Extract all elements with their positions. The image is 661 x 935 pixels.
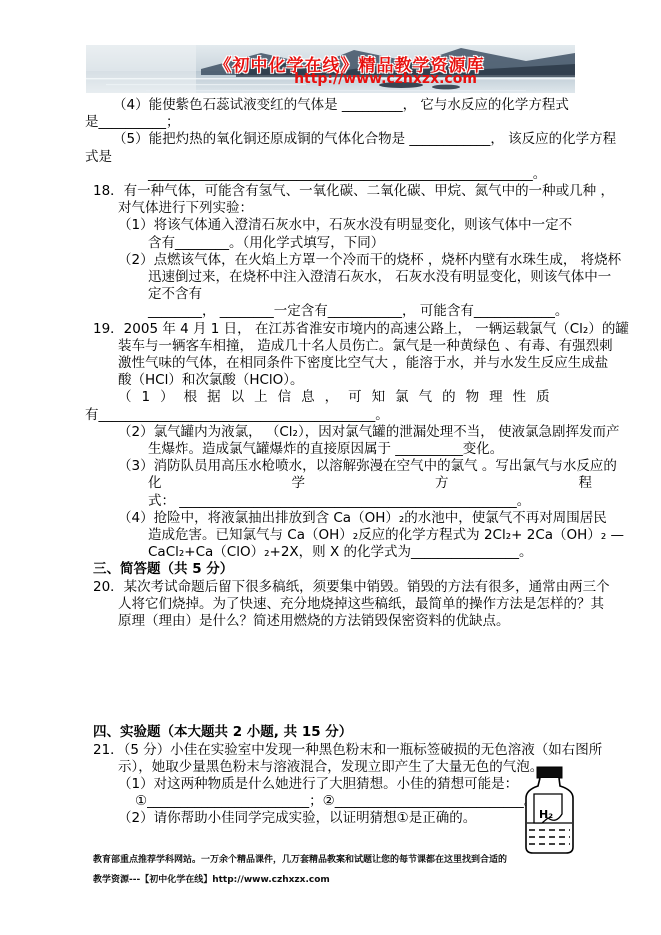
doc-line: 酸（HCl）和次氯酸（HClO）。 — [118, 372, 590, 389]
footer-line-2: 教学资源---【初中化学在线】http://www.czhxzx.com — [93, 870, 575, 890]
doc-line: 定不含有 — [148, 286, 590, 303]
bottle-label: H₂ — [539, 808, 553, 821]
doc-line: 装车与一辆客车相撞， 造成几十名人员伤亡。氯气是一种黄绿色 、有毒、有强烈刺 — [118, 338, 590, 355]
doc-line: 对气体进行下列实验： — [118, 200, 590, 217]
doc-line: 18．有一种气体，可能含有氢气、一氧化碳、二氧化碳、甲烷、氮气中的一种或几种 ， — [93, 183, 590, 200]
doc-line: 含有________。（用化学式填写，下同） — [148, 235, 590, 252]
doc-line: 20．某次考试命题后留下很多稿纸，须要集中销毁。销毁的方法有很多，通常由两三个 — [93, 579, 590, 596]
doc-line: （5）能把灼热的氧化铜还原成铜的气体化合物是 ____________， 该反应… — [113, 131, 590, 148]
footer-line-1: 教育部重点推荐学科网站。一万余个精品课件，几万套精品教案和试题让您的每节课都在这… — [93, 850, 575, 870]
doc-line: （2）氯气罐内为液氯， （Cl₂），因对氯气罐的泄漏处理不当， 使液氯急剧挥发而… — [118, 424, 590, 441]
doc-line: 四、实验题（本大题共 2 小题, 共 15 分） — [93, 724, 590, 741]
doc-line: 是__________； — [85, 114, 590, 131]
doc-line: 造成危害。已知氯气与 Ca（OH）₂反应的化学方程式为 2Cl₂+ 2Ca（OH… — [148, 527, 590, 544]
doc-line: （3）消防队员用高压水枪喷水，以溶解弥漫在空气中的氯气 。写出氯气与水反应的 — [118, 458, 590, 475]
doc-line: （4）能使紫色石蕊试液变红的气体是 _________， 它与水反应的化学方程式 — [113, 97, 590, 114]
bottle-cap — [537, 767, 562, 778]
doc-line: 人将它们烧掉。为了快速、充分地烧掉这些稿纸，最简单的操作方法是怎样的？其 — [118, 596, 590, 613]
document-body: （4）能使紫色石蕊试液变红的气体是 _________， 它与水反应的化学方程式… — [85, 97, 590, 828]
answer-space — [85, 630, 590, 724]
doc-line: 激性气味的气体，在相同条件下密度比空气大 ，能溶于水，并与水发生反应生成盐 — [118, 355, 590, 372]
doc-line: CaCl₂+Ca（ClO）₂+2X，则 X 的化学式为_____________… — [148, 544, 590, 561]
banner-image: 《初中化学在线》精品教学资源库 http://www.czhxzx.com — [86, 45, 575, 93]
doc-line: 原理（理由）是什么？简述用燃烧的方法销毁保密资料的优缺点。 — [118, 613, 590, 630]
footer-note: 教育部重点推荐学科网站。一万余个精品课件，几万套精品教案和试题让您的每节课都在这… — [93, 850, 575, 890]
doc-line: （1）根据以上信息，可知氯气的物理性质 — [118, 389, 590, 406]
doc-line: 有_______________________________________… — [85, 407, 590, 424]
doc-line: 化学方程 — [148, 475, 590, 492]
reagent-bottle-figure: H₂ — [518, 766, 580, 856]
doc-line: 21．（5 分）小佳在实验室中发现一种黑色粉末和一瓶标签破损的无色溶液（如右图所 — [93, 742, 590, 759]
doc-line: ________， ________一定含有___________， 可能含有_… — [148, 303, 590, 320]
doc-line: 19．2005 年 4 月 1 日， 在江苏省淮安市境内的高速公路上， 一辆运载… — [93, 321, 590, 338]
banner-url: http://www.czhxzx.com — [86, 71, 575, 87]
doc-line: 三、简答题（共 5 分） — [93, 561, 590, 578]
doc-line: （2）点燃该气体，在火焰上方罩一个冷而干的烧杯 ，烧杯内壁有水珠生成， 将烧杯 — [118, 252, 590, 269]
doc-line: 生爆炸。造成氯气罐爆炸的直接原因属于 __________变化。 — [148, 441, 590, 458]
doc-line: 式是 — [85, 149, 590, 166]
doc-line: 迅速倒过来，在烧杯中注入澄清石灰水， 石灰水没有明显变化，则该气体中一 — [148, 269, 590, 286]
doc-line: 式： _____________________________________… — [148, 493, 590, 510]
doc-line: （4）抢险中，将液氯抽出排放到含 Ca（OH）₂的水池中，使氯气不再对周围居民 — [118, 510, 590, 527]
doc-line: （1）将该气体通入澄清石灰水中，石灰水没有明显变化，则该气体中一定不 — [118, 217, 590, 234]
doc-line: ________________________________________… — [148, 166, 590, 183]
